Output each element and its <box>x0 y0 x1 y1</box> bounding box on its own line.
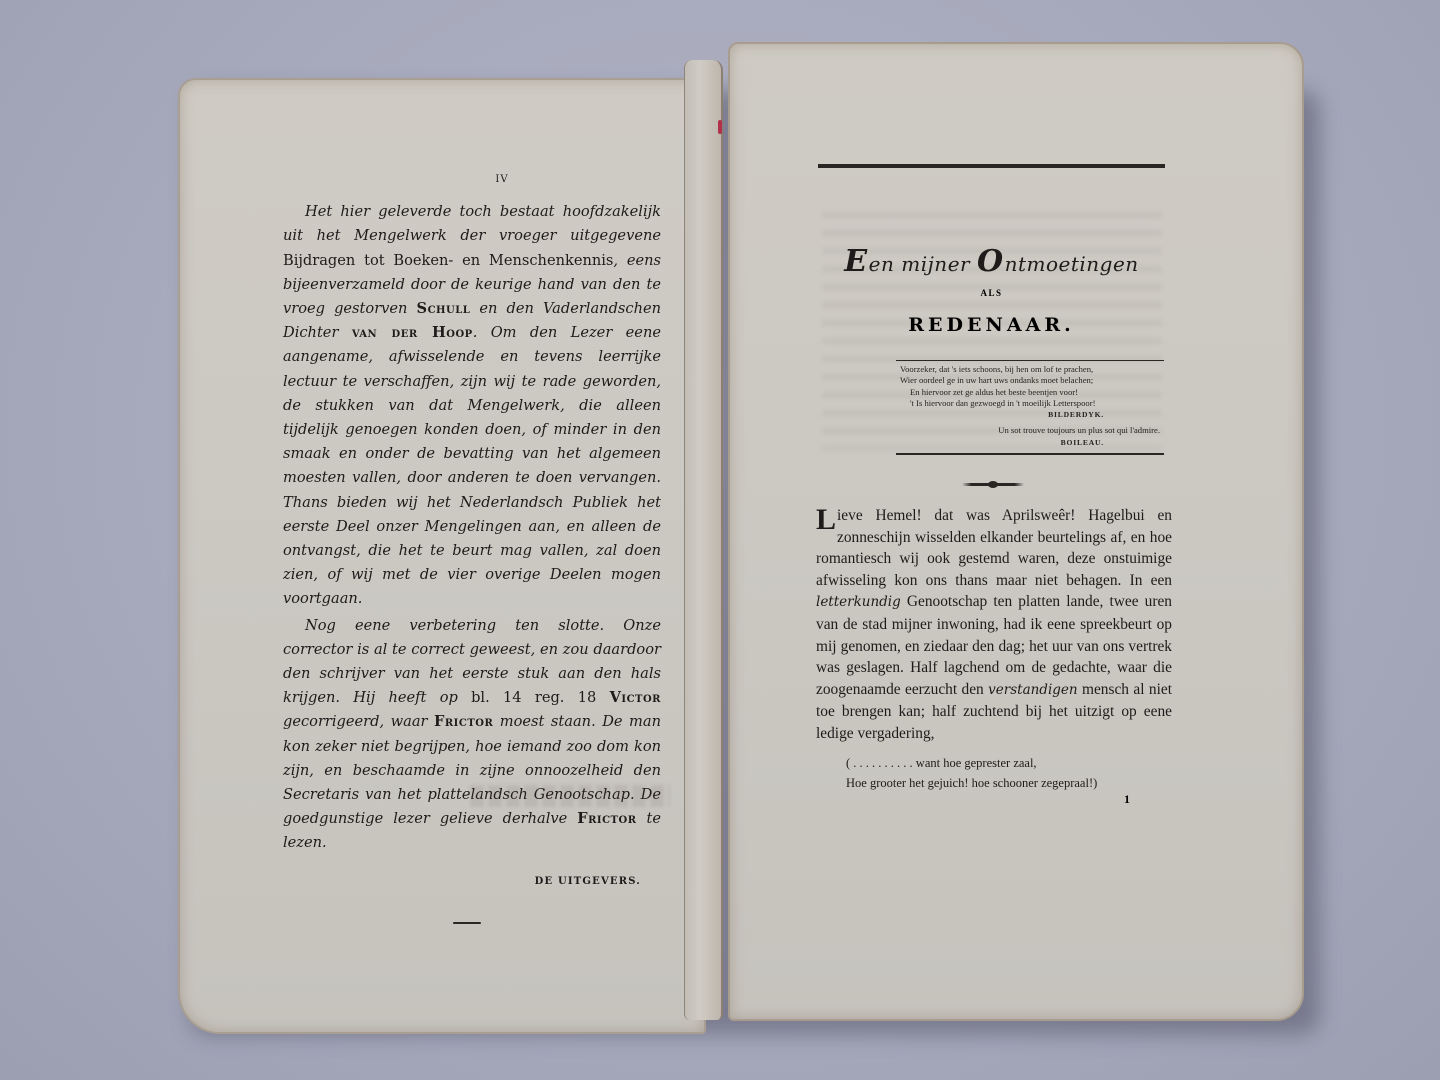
drop-cap: L <box>816 507 836 533</box>
title-initial-e: E <box>844 244 867 279</box>
small-caps-name: Frictor <box>434 713 493 730</box>
chapter-title: Een mijner Ontmoetingen <box>818 244 1165 279</box>
paragraph-1: Het hier geleverde toch bestaat hoofdzak… <box>283 200 661 611</box>
page-number: 1 <box>1124 792 1130 807</box>
epigraph-line: En hiervoor zet ge aldus het beste beent… <box>896 387 1164 398</box>
book-spine-gutter <box>684 60 723 1020</box>
epigraph-line: Wier oordeel ge in uw hart uws ondanks m… <box>896 375 1164 386</box>
divider-ornament <box>962 483 1024 486</box>
verse-line: Hoe grooter het gejuich! hoe schooner ze… <box>816 773 1172 793</box>
title-initial-o: O <box>977 244 1004 279</box>
epigraph-line: 't Is hiervoor dan gezwoegd in 't moeili… <box>896 398 1164 409</box>
title-als: ALS <box>818 288 1165 298</box>
small-caps-name: van der Hoop <box>352 324 473 341</box>
verse-quote: ( . . . . . . . . . . want hoe geprester… <box>816 753 1172 793</box>
body-paragraph: Lieve Hemel! dat was Aprilsweêr! Hagelbu… <box>816 505 1172 745</box>
small-caps-name: Schull <box>417 300 471 317</box>
title-redenaar: REDENAAR. <box>818 314 1165 336</box>
small-caps-name: Victor <box>610 689 661 706</box>
small-caps-name: Frictor <box>577 810 636 827</box>
tail-ornament <box>453 922 481 924</box>
show-through-text <box>470 785 670 807</box>
right-page-text: Lieve Hemel! dat was Aprilsweêr! Hagelbu… <box>816 505 1172 793</box>
folio-number: IV <box>343 168 661 192</box>
epigraph-attribution: BOILEAU. <box>896 437 1164 448</box>
epigraph: Voorzeker, dat 's iets schoons, bij hen … <box>896 360 1164 455</box>
epigraph-attribution: BILDERDYK. <box>896 409 1164 420</box>
binding-thread <box>718 120 722 134</box>
left-page-text: IV Het hier geleverde toch bestaat hoofd… <box>283 168 661 924</box>
paragraph-2: Nog eene verbetering ten slotte. Onze co… <box>283 614 661 856</box>
epigraph-french: Un sot trouve toujours un plus sot qui l… <box>896 425 1164 436</box>
publisher-signoff: DE UITGEVERS. <box>283 870 661 894</box>
verse-line: ( . . . . . . . . . . want hoe geprester… <box>816 753 1172 773</box>
head-rule <box>818 164 1165 168</box>
epigraph-line: Voorzeker, dat 's iets schoons, bij hen … <box>896 364 1164 375</box>
